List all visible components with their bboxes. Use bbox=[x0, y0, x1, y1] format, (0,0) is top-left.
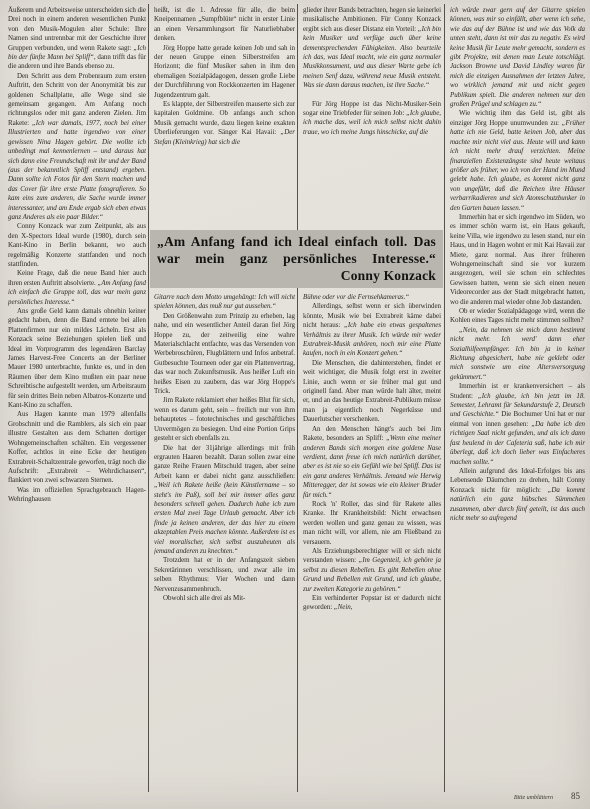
paragraph: Ans große Geld kann damals ohnehin keine… bbox=[8, 307, 146, 410]
text-column-4: ich würde zwar gern auf der Gitarre spie… bbox=[450, 6, 585, 788]
magazine-page: Äußerem und Arbeitsweise unterscheiden s… bbox=[0, 0, 590, 809]
paragraph: Gitarre nach dem Motto umgehängt: Ich wi… bbox=[154, 293, 295, 312]
turn-page-note: Bitte umblättern bbox=[514, 795, 553, 801]
pull-quote-text: „Am Anfang fand ich Ideal einfach toll. … bbox=[157, 233, 436, 267]
paragraph: Keine Frage, daß die neue Band hier auch… bbox=[8, 269, 146, 307]
page-footer: Bitte umblättern 85 bbox=[514, 791, 580, 801]
paragraph: Als Erziehungsberechtigter will er sich … bbox=[303, 547, 441, 594]
text-column-2-top: heißt, ist die 1. Adresse für alle, die … bbox=[154, 6, 295, 228]
paragraph: Was im offiziellen Sprachgebrauch Hagen-… bbox=[8, 486, 146, 505]
paragraph: Den Größenwahn zum Prinzip zu erheben, l… bbox=[154, 312, 295, 397]
paragraph: An den Menschen hängt's auch bei Jim Rak… bbox=[303, 425, 441, 500]
paragraph: ich würde zwar gern auf der Gitarre spie… bbox=[450, 6, 585, 109]
pull-quote-attribution: Conny Konzack bbox=[157, 267, 436, 284]
paragraph: Bühne oder vor die Fernsehkameras.“ bbox=[303, 293, 441, 302]
column-divider bbox=[444, 4, 445, 792]
paragraph: Aus Hagen kannte man 1979 allenfalls Gro… bbox=[8, 410, 146, 485]
paragraph: Allein aufgrund des Ideal-Erfolges bis a… bbox=[450, 467, 585, 523]
paragraph: Äußerem und Arbeitsweise unterscheiden s… bbox=[8, 6, 146, 72]
paragraph: Trotzdem hat er in der Anfangszeit siebe… bbox=[154, 556, 295, 594]
text-column-2-bottom: Gitarre nach dem Motto umgehängt: Ich wi… bbox=[154, 293, 295, 805]
page-number: 85 bbox=[571, 791, 580, 801]
paragraph: heißt, ist die 1. Adresse für alle, die … bbox=[154, 6, 295, 44]
paragraph: glieder ihrer Bands betrachten, hegen si… bbox=[303, 6, 441, 91]
column-divider bbox=[148, 4, 149, 792]
paragraph: Rock 'n' Roller, das sind für Rakete all… bbox=[303, 500, 441, 547]
paragraph: Obwohl sich alle drei als Mit- bbox=[154, 594, 295, 603]
paragraph: Conny Konzack war zum Zeitpunkt, als aus… bbox=[8, 222, 146, 269]
text-column-1: Äußerem und Arbeitsweise unterscheiden s… bbox=[8, 6, 146, 790]
paragraph: Für Jörg Hoppe ist das Nicht-Musiker-Sei… bbox=[303, 100, 441, 138]
text-column-3-top: glieder ihrer Bands betrachten, hegen si… bbox=[303, 6, 441, 228]
paragraph: Ein verhinderter Popstar ist er dadurch … bbox=[303, 594, 441, 613]
paragraph: Allerdings, selbst wenn er sich überwind… bbox=[303, 302, 441, 358]
paragraph: Den Schritt aus dem Probenraum zum erste… bbox=[8, 72, 146, 223]
paragraph: Die hat der 31jährige allerdings mit frü… bbox=[154, 444, 295, 557]
text-column-3-bottom: Bühne oder vor die Fernsehkameras.“Aller… bbox=[303, 293, 441, 805]
paragraph: Immerhin ist er krankenversichert – als … bbox=[450, 382, 585, 467]
paragraph: Jim Rakete reklamiert eher heißes Blut f… bbox=[154, 396, 295, 443]
pull-quote: „Am Anfang fand ich Ideal einfach toll. … bbox=[150, 230, 443, 288]
column-divider bbox=[297, 4, 298, 792]
paragraph: Es klappte, der Silberstreifen mauserte … bbox=[154, 100, 295, 147]
paragraph: „Nein, da nehmen sie mich dann bestimmt … bbox=[450, 326, 585, 382]
paragraph: Jörg Hoppe hatte gerade keinen Job und s… bbox=[154, 44, 295, 100]
paragraph: Ob er wieder Sozialpädagoge wird, wenn d… bbox=[450, 307, 585, 326]
paragraph: Wie wichtig ihm das Geld ist, gibt als e… bbox=[450, 109, 585, 212]
paragraph: Die Menschen, die dahinterstehen, findet… bbox=[303, 359, 441, 425]
paragraph: Immerhin hat er sich irgendwo im Süden, … bbox=[450, 213, 585, 307]
